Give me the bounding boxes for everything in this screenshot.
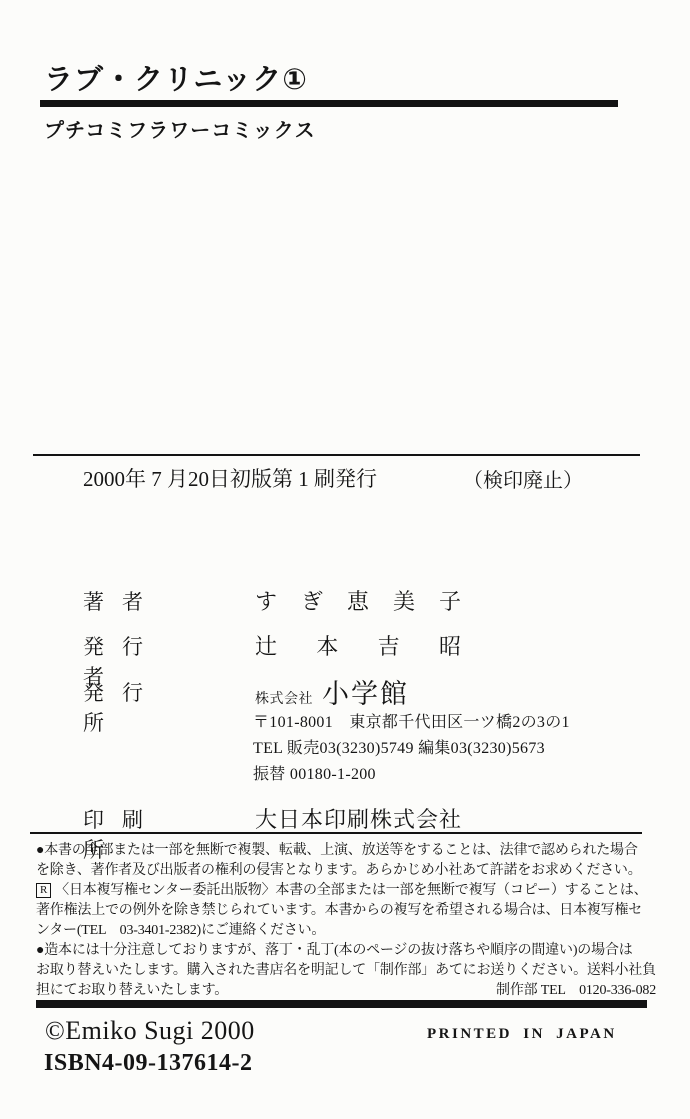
publisher-postal-transfer: 振替 00180-1-200: [253, 761, 376, 784]
author-name-text: すぎ恵美子: [255, 585, 461, 616]
notice-line: を除き、著作者及び出版者の権利の侵害となります。あらかじめ小社あて許諾をお求めく…: [36, 861, 656, 881]
edition-date: 2000年 7 月20日初版第 1 刷発行: [83, 463, 377, 493]
inspection-abolished-note: （検印廃止）: [463, 464, 583, 493]
notice-line: 著作権法上での例外を除き禁じられています。本書からの複写を希望される場合は、日本…: [36, 901, 656, 921]
notice-line: ●造本には十分注意しておりますが、落丁・乱丁(本のページの抜け落ちや順序の間違い…: [36, 941, 656, 961]
production-dept-contact: 制作部 TEL 0120-336-082: [496, 981, 656, 1001]
issuer-name-text: 辻本吉昭: [255, 630, 461, 661]
notice-bottom-rule: [36, 1000, 647, 1008]
jrrc-r-mark: R: [36, 883, 51, 898]
publisher-phone: TEL 販売03(3230)5749 編集03(3230)5673: [253, 735, 545, 758]
printed-in-japan: PRINTED IN JAPAN: [427, 1026, 617, 1043]
series-name: プチコミフラワーコミックス: [44, 114, 316, 143]
publisher-company-line: 株式会社 小学館: [255, 672, 409, 711]
isbn-number: ISBN4-09-137614-2: [44, 1050, 253, 1077]
notice-top-rule: [30, 832, 642, 834]
notice-line: ンター(TEL 03-3401-2382)にご連絡ください。: [36, 921, 656, 941]
notice-line-text: 担にてお取り替えいたします。: [36, 981, 228, 1001]
publisher-company-name: 小学館: [322, 672, 409, 711]
book-title: ラブ・クリニック①: [44, 57, 308, 98]
notice-line: R〈日本複写権センター委託出版物〉本書の全部または一部を無断で複写（コピー）する…: [36, 881, 656, 901]
copyright-line: ©Emiko Sugi 2000: [45, 1016, 255, 1046]
issuer-name: 辻本吉昭: [255, 630, 461, 661]
notice-line: お取り替えいたします。購入された書店名を明記して「制作部」あてにお送りください。…: [36, 961, 656, 981]
printer-name: 大日本印刷株式会社: [255, 803, 462, 834]
title-underline-rule: [40, 100, 618, 107]
author-name: すぎ恵美子: [255, 585, 461, 616]
edition-top-rule: [33, 454, 640, 456]
author-label: 著者: [83, 586, 143, 616]
publisher-company-prefix: 株式会社: [255, 688, 313, 708]
notice-line: 担にてお取り替えいたします。 制作部 TEL 0120-336-082: [36, 981, 656, 1001]
notice-line-text: 〈日本複写権センター委託出版物〉本書の全部または一部を無断で複写（コピー）するこ…: [55, 883, 647, 898]
publisher-label: 発行所: [83, 677, 143, 737]
publisher-address: 〒101-8001 東京都千代田区一ツ橋2の3の1: [253, 709, 570, 732]
notice-line: ●本書の全部または一部を無断で複製、転載、上演、放送等をすることは、法律で認めら…: [36, 841, 656, 861]
colophon-page: ラブ・クリニック① プチコミフラワーコミックス 2000年 7 月20日初版第 …: [0, 0, 690, 1119]
legal-notice-block: ●本書の全部または一部を無断で複製、転載、上演、放送等をすることは、法律で認めら…: [36, 841, 656, 1001]
